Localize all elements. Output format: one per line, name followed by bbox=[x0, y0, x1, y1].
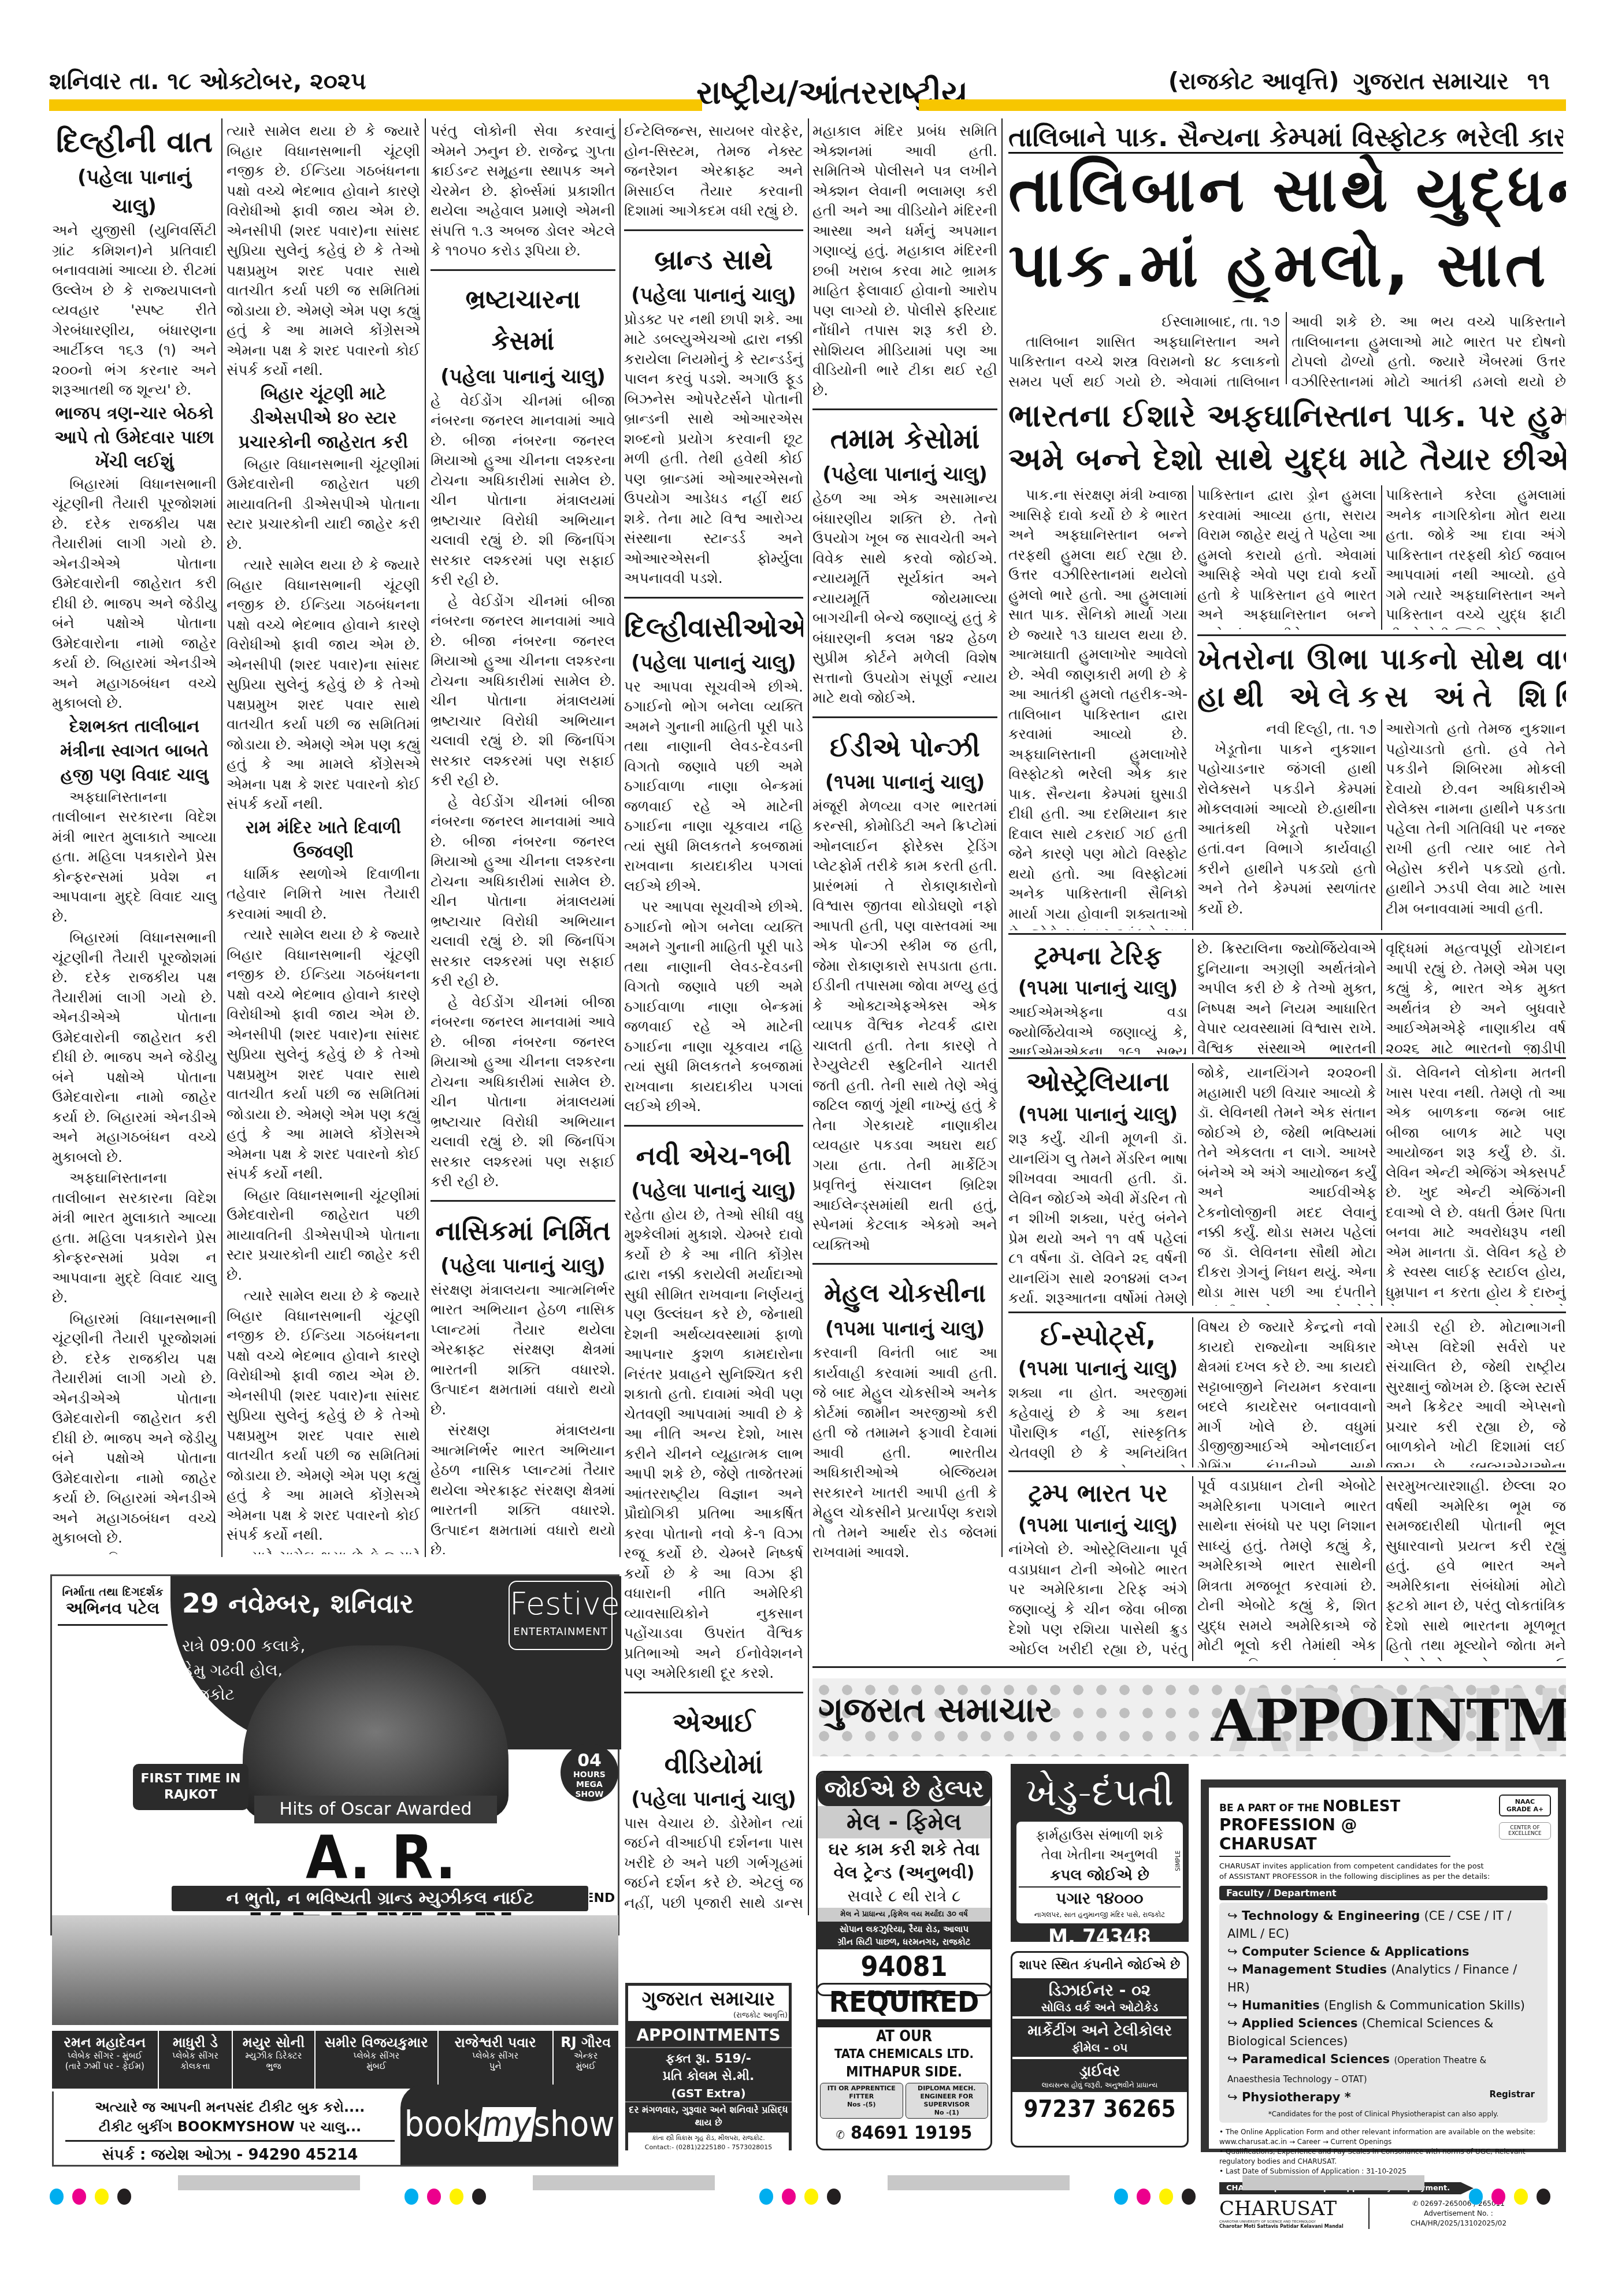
singer-role: પ્લેબેક સીંગર bbox=[316, 2050, 437, 2061]
article-body: પાક.ના સંરક્ષણ મંત્રી ખ્વાજા આસિફે દાવો … bbox=[1008, 485, 1187, 930]
print-mark-yellow bbox=[95, 2189, 109, 2205]
article-subhead: ભાજપ ત્રણ-ચાર બેઠકો આપે તો ઉમેદવાર પાછા … bbox=[52, 402, 217, 474]
article-body: પાકિસ્તાને કરેલા હુમલામાં અનેક નાગરિકોના… bbox=[1386, 485, 1566, 630]
festive-logo-text: Festive bbox=[510, 1582, 611, 1626]
singer-note: (તારે ઝમીં પર - ફેઈમ) bbox=[52, 2061, 158, 2071]
rate-ad-edition: (રાજકોટ આવૃત્તિ) bbox=[629, 2011, 788, 2020]
charusat-logo-sub2: Charotar Moti Sattavis Patidar Kelavani … bbox=[1219, 2224, 1364, 2229]
charusat-logo-sub: CHAROTAR UNIVERSITY OF SCIENCE AND TECHN… bbox=[1219, 2220, 1364, 2224]
article-separator bbox=[1197, 634, 1566, 636]
booking-line: અત્યારે જ આપની મનપસંદ ટીકીટ બુક કરો.... bbox=[65, 2097, 395, 2117]
concert-ad: નિર્માતા તથા દિગદર્શક અભિનવ પટેલ 29 નવેમ… bbox=[50, 1574, 619, 1935]
role-cell: DIPLOMA MECH. ENGINEER FOR SUPERVISORNo … bbox=[906, 2083, 989, 2119]
masthead-date: શનિવાર તા. ૧૮ ઓક્ટોબર, ૨૦૨૫ bbox=[49, 68, 366, 95]
ad-tag: SIMPLE bbox=[1175, 1851, 1182, 1871]
singer-card: સમીર વિજયકુમારપ્લેબેક સીંગરમુંબઈ bbox=[316, 2031, 439, 2089]
lead-body-col3: પાકિસ્તાને કરેલા હુમલામાં અનેક નાગરિકોના… bbox=[1386, 485, 1566, 630]
phone-icon: ✆ bbox=[1412, 2200, 1418, 2208]
print-mark-magenta bbox=[1491, 2189, 1505, 2205]
column-divider bbox=[1286, 312, 1287, 384]
singer-note: કોલકત્તા bbox=[159, 2061, 232, 2071]
article-body: બિહાર વિધાનસભાની ચૂંટણીમાં ઉમેદવારોની જા… bbox=[227, 1186, 420, 1286]
article-title: ઓસ્ટ્રેલિયાના bbox=[1008, 1063, 1187, 1100]
article-body: જોકે, યાનયિંગને ૨૦૨૦ની મહામારી પછી વિચાર… bbox=[1197, 1063, 1376, 1306]
article-body: ત્યારે સામેલ થયા છે કે જ્યારે બિહાર વિધા… bbox=[227, 1286, 420, 1545]
column-divider bbox=[1192, 485, 1193, 930]
article-subhead: બિહાર ચૂંટણી માટે ડીએસપીએ ૪૦ સ્ટાર પ્રચા… bbox=[227, 382, 420, 455]
article-continued-label: (પહેલા પાનાનું ચાલુ) bbox=[431, 362, 615, 391]
article-body: વિષય છે જ્યારે કેન્દ્રનો નવો કાયદો રાજ્ય… bbox=[1197, 1317, 1376, 1467]
article-title: ટ્રમ્પ ભારત પર bbox=[1008, 1476, 1187, 1511]
print-mark-magenta bbox=[427, 2189, 441, 2205]
article-subhead: રામ મંદિર ખાતે દિવાળી ઉજવણી bbox=[227, 816, 420, 864]
article-body: ધાર્મિક સ્થળોએ દિવાળીના તહેવાર નિમિત્તે … bbox=[227, 864, 420, 924]
arrow-icon: ↪ bbox=[1227, 1998, 1238, 2012]
ad-address: નાગલપર, સાત હનુમાનજી મંદિર પાસે, રાજકોટ bbox=[1019, 1909, 1181, 1920]
role-count: No -(1) bbox=[907, 2109, 987, 2117]
singer-name: માધુરી ડે bbox=[159, 2034, 232, 2050]
article-brand-column: ઈન્ટેલિજન્સ, સાયબર વોરફેર, હોન-સિસ્ટમ, ત… bbox=[624, 121, 803, 1909]
article-body: ડૉ. લેવિનને લોકોના મતની ખાસ પરવા નથી. તે… bbox=[1386, 1063, 1566, 1306]
ad-phone[interactable]: 97237 36265 bbox=[1012, 2092, 1187, 2127]
role-cell: ITI OR APPRENTICE FITTERNos -(5) bbox=[820, 2083, 903, 2119]
trump-india-column1: ટ્રમ્પ ભારત પર (૧૫મા પાનાનું ચાલુ) નાંખે… bbox=[1008, 1476, 1187, 1661]
print-mark-cyan bbox=[50, 2189, 64, 2205]
column-divider bbox=[1192, 1317, 1193, 1467]
ad-line: ફાર્મહાઉસ સંભાળી શકે bbox=[1019, 1825, 1181, 1845]
helper-job-ad: જોઈએ છે હેલ્પર મેલ - ફિમેલ ઘર કામ કરી શક… bbox=[816, 1771, 992, 1996]
australia-column2: જોકે, યાનયિંગને ૨૦૨૦ની મહામારી પછી વિચાર… bbox=[1197, 1063, 1376, 1306]
singer-name: RJ ગૌરવ bbox=[554, 2034, 618, 2050]
booking-divider bbox=[65, 2140, 395, 2142]
article-body: અફઘાનિસ્તાનના તાલીબાન સરકારના વિદેશ મંત્… bbox=[52, 1168, 217, 1308]
print-mark-cyan bbox=[1469, 2189, 1483, 2205]
print-mark-cyan bbox=[1114, 2189, 1128, 2205]
article-body: પર આપવા સૂચવીએ છીએ. ઠગાઈનો ભોગ બનેલા વ્ય… bbox=[624, 677, 803, 897]
article-body: પૂર્વ વડાપ્રધાન ટોની એબોટે અમેરિકાના પગલ… bbox=[1197, 1476, 1376, 1661]
edition-label: (રાજકોટ આવૃત્તિ) bbox=[1168, 68, 1339, 95]
concert-tagline: Hits of Oscar Awarded Musician bbox=[254, 1796, 497, 1823]
department-name: Physiotherapy * bbox=[1242, 2090, 1351, 2104]
producer-name: અભિનવ પટેલ bbox=[58, 1599, 168, 1618]
article-body: કરવાની વિનંતી બાદ આ કાર્યવાહી કરવામાં આવ… bbox=[812, 1343, 997, 1560]
print-mark-black bbox=[472, 2189, 486, 2205]
article-body: પાકિસ્તાન દ્વારા ડ્રોન હુમલા કરવામાં આવ્… bbox=[1197, 485, 1376, 630]
rate-ad-price: ફક્ત રૂા. 519/- bbox=[625, 2050, 792, 2068]
ad-phone[interactable]: ✆ 84691 19195 bbox=[818, 2121, 990, 2146]
article-body: રમાડી રહી છે. મોટાભાગની એપ્સ વિદેશી સર્વ… bbox=[1386, 1317, 1566, 1467]
article-body: પર આપવા સૂચવીએ છીએ. ઠગાઈનો ભોગ બનેલા વ્ય… bbox=[624, 897, 803, 1117]
article-title: ઈડીએ પોન્ઝી bbox=[812, 726, 997, 768]
lead-body-col2: પાકિસ્તાન દ્વારા ડ્રોન હુમલા કરવામાં આવ્… bbox=[1197, 485, 1376, 630]
booking-contact[interactable]: સંપર્ક : જયેશ ઓઝા - 94290 45214 bbox=[65, 2145, 395, 2165]
article-delhi-column2: ત્યારે સામેલ થયા છે કે જ્યારે બિહાર વિધા… bbox=[227, 121, 420, 1554]
article-continued-label: (પહેલા પાનાનું ચાલુ) bbox=[812, 460, 997, 489]
rate-ad-tax: (GST Extra) bbox=[625, 2085, 792, 2102]
role-count: Nos -(5) bbox=[822, 2101, 901, 2109]
article-body: હે વેઈડોંગ ચીનમાં બીજા નંબરના જનરલ માનવા… bbox=[431, 592, 615, 791]
singer-note: ભુજ bbox=[233, 2061, 314, 2071]
department-detail: (English & Communication Skills) bbox=[1324, 1998, 1525, 2012]
header-accent-bar bbox=[49, 99, 702, 111]
article-body: સંરક્ષણ મંત્રાલયના આત્મનિર્ભર ભારત અભિયા… bbox=[431, 1280, 615, 1420]
booking-panel: અત્યારે જ આપની મનપસંદ ટીકીટ બુક કરો.... … bbox=[52, 2091, 618, 2167]
column-divider bbox=[1192, 1063, 1193, 1306]
singer-role: પ્લેબેક સીંગર bbox=[159, 2050, 232, 2061]
appointments-rate-ad: ગુજરાત સમાચાર (રાજકોટ આવૃત્તિ) APPOINTME… bbox=[625, 1983, 792, 2150]
article-body: હે વેઈડોંગ ચીનમાં બીજા નંબરના જનરલ માનવા… bbox=[431, 792, 615, 991]
job-block: માર્કેટીંગ અને ટેલીકોલરફીમેલ - ૦૫ bbox=[1012, 2019, 1187, 2059]
elephant-headline-line2: હાથી એલેક્સ અંતે શિબિર ભેગો ! bbox=[1197, 676, 1566, 718]
article-title: નવી એચ-૧બી bbox=[624, 1135, 803, 1176]
booking-text: અત્યારે જ આપની મનપસંદ ટીકીટ બુક કરો.... … bbox=[65, 2097, 395, 2165]
ad-salary: પગાર ૧૪૦૦૦ bbox=[1019, 1888, 1181, 1909]
print-gray-strip bbox=[533, 2175, 715, 2190]
lead-intro-right: આવી શકે છે. આ ભય વચ્ચે પાકિસ્તાને તાલિબા… bbox=[1292, 312, 1566, 387]
job-detail: લાયસન્સ હોવું જરૂરી, અનુભવીને પ્રાધાન્ય bbox=[1012, 2081, 1187, 2090]
article-continued-label: (પહેલા પાનાનું ચાલુ) bbox=[624, 281, 803, 310]
note-text: Last Date of Submission of Application :… bbox=[1226, 2167, 1407, 2175]
ad-number: CHA/HR/2025/13102025/02 bbox=[1370, 2219, 1548, 2228]
article-body: છે. ક્રિસ્ટાલિના જ્યોર્જિયેવાએ દુનિયાના … bbox=[1197, 939, 1376, 1054]
note-item: • Qualifications, Experience and Pay Sca… bbox=[1219, 2147, 1548, 2167]
job-detail: ફીમેલ - ૦૫ bbox=[1012, 2041, 1187, 2054]
article-dateline: નવી દિલ્હી, તા. ૧૭ bbox=[1197, 719, 1376, 740]
article-separator bbox=[1008, 1312, 1566, 1313]
note-item: • The Online Application Form and other … bbox=[1219, 2127, 1548, 2147]
article-continued-label: (પહેલા પાનાનું ચાલુ) bbox=[624, 648, 803, 677]
article-continued-label: (૧૫મા પાનાનું ચાલુ) bbox=[812, 768, 997, 797]
ad-line: વેલ ટ્રેન્ડ (અનુભવી) bbox=[818, 1862, 990, 1885]
department-item: ↪ Humanities (English & Communication Sk… bbox=[1227, 1997, 1539, 2015]
article-separator bbox=[812, 408, 997, 410]
arrow-icon: ↪ bbox=[1227, 2090, 1238, 2104]
print-mark-yellow bbox=[804, 2189, 818, 2205]
singer-card: RJ ગૌરવએન્કરમુંબઈ bbox=[554, 2031, 618, 2089]
article-title: ભ્રષ્ટાચારના કેસમાં bbox=[431, 279, 615, 362]
singer-note: મુંબઈ bbox=[554, 2061, 618, 2071]
ad-line: તેવા ખેતીના અનુભવી bbox=[1019, 1845, 1181, 1864]
article-body: ત્યારે સામેલ થયા છે કે જ્યારે બિહાર વિધા… bbox=[227, 555, 420, 815]
article-continued-label: (પહેલા પાનાનું ચાલુ) bbox=[624, 1176, 803, 1205]
note-text: Qualifications, Experience and Pay Scale… bbox=[1219, 2148, 1526, 2165]
badge-label: HOURS bbox=[561, 1770, 618, 1780]
column-divider bbox=[221, 118, 222, 1557]
note-text[interactable]: The Online Application Form and other re… bbox=[1219, 2128, 1535, 2146]
rate-ad-masthead: ગુજરાત સમાચાર (રાજકોટ આવૃત્તિ) bbox=[628, 1986, 789, 2021]
print-gray-strip bbox=[178, 2175, 360, 2190]
article-separator bbox=[1008, 933, 1566, 935]
article-separator bbox=[624, 229, 803, 231]
column-divider bbox=[1381, 939, 1382, 1054]
tariff-column3: વૃદ્ધિમાં મહત્વપૂર્ણ યોગદાન આપી રહ્યું છ… bbox=[1386, 939, 1566, 1054]
department-item: ↪ Technology & Engineering (CE / CSE / I… bbox=[1227, 1907, 1539, 1943]
festive-logo: Festive ENTERTAINMENT bbox=[509, 1581, 613, 1650]
job-title: ડ્રાઈવર bbox=[1012, 2061, 1187, 2081]
lead-intro-left: ઈસ્લામાબાદ, તા. ૧૭ તાલિબાન શાસિત અફઘાનિસ… bbox=[1008, 312, 1280, 387]
article-body: બિહારમાં વિધાનસભાની ચૂંટણીની તૈયારી પૂરજ… bbox=[52, 474, 217, 714]
article-subhead: દેશભક્ત તાલીબાન મંત્રીના સ્વાગત બાબતે હજ… bbox=[52, 715, 217, 787]
singer-note: મુંબઈ bbox=[316, 2061, 437, 2071]
elephant-headline-line1: ખેતરોના ઊભા પાકનો સોથ વાળનાર જંગલી bbox=[1197, 638, 1566, 680]
article-title: ટ્રમ્પના ટેરિફ bbox=[1008, 939, 1187, 974]
mega-show-badge: 04 HOURS MEGA SHOW bbox=[561, 1744, 618, 1801]
ad-line: TATA CHEMICALS LTD. bbox=[818, 2046, 990, 2063]
singer-note: પુને bbox=[439, 2061, 552, 2071]
article-separator bbox=[1008, 1470, 1566, 1472]
article-body: બિહારમાં વિધાનસભાની ચૂંટણીની તૈયારી પૂરજ… bbox=[52, 1309, 217, 1548]
article-title: એઆઈ વીડિયોમાં bbox=[624, 1701, 803, 1785]
article-body: શક્યા ના હોત. અરજીમાં કહેવાયું છે કે આ ક… bbox=[1008, 1383, 1187, 1467]
article-body: ઈન્ટેલિજન્સ, સાયબર વોરફેર, હોન-સિસ્ટમ, ત… bbox=[624, 121, 803, 221]
article-continued-label: (પહેલા પાનાનું ચાલુ) bbox=[624, 1785, 803, 1814]
festive-logo-sub: ENTERTAINMENT bbox=[510, 1626, 611, 1638]
print-mark-yellow bbox=[1514, 2189, 1528, 2205]
lead-second-headline-line2: અમે બન્ને દેશો સાથે યુદ્ધ માટે તૈયાર છીએ… bbox=[1008, 436, 1566, 482]
job-title: માર્કેટીંગ અને ટેલીકોલર bbox=[1012, 2021, 1187, 2041]
department-name: Management Studies bbox=[1242, 1963, 1387, 1977]
charusat-signatory: Registrar bbox=[1489, 2089, 1535, 2100]
ad-line: ઘર કામ કરી શકે તેવા bbox=[818, 1838, 990, 1862]
role-table: ITI OR APPRENTICE FITTERNos -(5) DIPLOMA… bbox=[818, 2080, 990, 2121]
department-name: Humanities bbox=[1242, 1998, 1320, 2012]
naac-badge: NAAC GRADE A+ bbox=[1499, 1795, 1551, 1816]
tariff-column2: છે. ક્રિસ્ટાલિના જ્યોર્જિયેવાએ દુનિયાના … bbox=[1197, 939, 1376, 1054]
logo-part: my bbox=[478, 2107, 536, 2142]
singer-name: સમીર વિજયકુમાર bbox=[316, 2034, 437, 2050]
kicker-small: BE A PART OF THE bbox=[1219, 1803, 1319, 1814]
department-name: Paramedical Sciences bbox=[1242, 2052, 1390, 2066]
article-separator bbox=[812, 1666, 1566, 1668]
producer-label: નિર્માતા તથા દિગદર્શક bbox=[58, 1585, 168, 1599]
print-mark-yellow bbox=[1159, 2189, 1173, 2205]
singers-row: રમન મહાદેવનપ્લેબેક સીંગર - મુંબઈ(તારે ઝમ… bbox=[52, 2031, 618, 2089]
article-separator bbox=[624, 1125, 803, 1127]
elephant-body-right: આરોગતો હતો તેમજ નુકશાન પહોચાડતો હતો. હવે… bbox=[1386, 719, 1566, 930]
column-divider bbox=[808, 118, 809, 1915]
rate-ad-schedule: દર મંગળવાર, ગુરૂવાર અને શનિવારે પ્રસિદ્ધ… bbox=[625, 2102, 792, 2130]
article-body: અને યુજીસી (યુનિવર્સિટી ગ્રાંટ કમિશન)ને … bbox=[52, 221, 217, 400]
department-item: ↪ Computer Science & Applications bbox=[1227, 1943, 1539, 1961]
singer-role: મ્યુઝીક ડિરેક્ટર bbox=[233, 2050, 314, 2061]
concert-date: 29 નવેમ્બર, શનિવાર bbox=[182, 1588, 414, 1620]
job-title: ડિઝાઈનર - ૦૨ bbox=[1012, 1981, 1187, 2000]
article-body: સંરક્ષણ મંત્રાલયના આત્મનિર્ભર ભારત અભિયા… bbox=[431, 1421, 615, 1554]
print-mark-black bbox=[827, 2189, 841, 2205]
article-body: મંજૂરી મેળવ્યા વગર ભારતમાં કરન્સી, કોમોડ… bbox=[812, 797, 997, 1255]
australia-column1: ઓસ્ટ્રેલિયાના (૧૫મા પાનાનું ચાલુ) શરૂ કર… bbox=[1008, 1063, 1187, 1306]
article-delhi-column1: દિલ્હીની વાત (પહેલા પાનાનું ચાલુ) અને યુ… bbox=[52, 121, 217, 1554]
ad-timing: સવારે ૮ થી રાત્રે ૮ bbox=[818, 1885, 990, 1908]
article-title: મેહુલ ચોકસીના bbox=[812, 1273, 997, 1314]
article-separator bbox=[812, 1263, 997, 1265]
badge-label: MEGA bbox=[561, 1780, 618, 1790]
column-divider bbox=[1192, 939, 1193, 1054]
rate-ad-address: કાંતા સ્ત્રી વિકાસ ગૃહ રોડ, મીલપરા, રાજક… bbox=[629, 2134, 788, 2143]
article-title: ઈ-સ્પોર્ટ્સ, bbox=[1008, 1317, 1187, 1354]
print-mark-cyan bbox=[759, 2189, 773, 2205]
article-body: ત્યારે સામેલ થયા છે કે જ્યારે બિહાર વિધા… bbox=[227, 121, 420, 381]
article-body: ત્યારે સામેલ થયા છે કે જ્યારે બિહાર વિધા… bbox=[227, 1547, 420, 1555]
article-separator bbox=[431, 269, 615, 271]
charusat-job-ad: BE A PART OF THE NOBLEST PROFESSION @ CH… bbox=[1201, 1779, 1566, 2152]
bookmyshow-logo[interactable]: bookmyshow bbox=[400, 2085, 618, 2165]
article-body: બિહાર વિધાનસભાની ચૂંટણીમાં ઉમેદવારોની જા… bbox=[227, 455, 420, 555]
masthead-edition: (રાજકોટ આવૃત્તિ) ગુજરાત સમાચાર ૧૧ bbox=[1168, 68, 1550, 95]
article-body: આરોગતો હતો તેમજ નુકશાન પહોચાડતો હતો. હવે… bbox=[1386, 719, 1566, 919]
singer-card: રમન મહાદેવનપ્લેબેક સીંગર - મુંબઈ(તારે ઝમ… bbox=[52, 2031, 159, 2089]
elephant-body-left: નવી દિલ્હી, તા. ૧૭ ખેડૂતોના પાકને નુકશાન… bbox=[1197, 719, 1376, 930]
logo-part: show bbox=[534, 2104, 615, 2145]
article-body: હે વેઈડોંગ ચીનમાં બીજા નંબરના જનરલ માનવા… bbox=[431, 993, 615, 1192]
phone-icon: ✆ bbox=[836, 2128, 845, 2142]
print-mark-cyan bbox=[404, 2189, 418, 2205]
department-item: ↪ Applied Sciences (Chemical Sciences & … bbox=[1227, 2015, 1539, 2050]
tata-chemicals-job-ad: REQUIRED AT OUR TATA CHEMICALS LTD. MITH… bbox=[816, 1983, 992, 2150]
charusat-logo: CHARUSAT bbox=[1219, 2198, 1364, 2220]
rate-ad-paper: ગુજરાત સમાચાર bbox=[629, 1987, 788, 2011]
role-name: ITI OR APPRENTICE FITTER bbox=[822, 2085, 901, 2101]
article-separator bbox=[624, 597, 803, 599]
print-mark-yellow bbox=[450, 2189, 463, 2205]
badge-hours-number: 04 bbox=[561, 1752, 618, 1770]
article-body: પરંતુ લોકોની સેવા કરવાનું એમને ઝનુન છે. … bbox=[431, 121, 615, 261]
appointments-title: APPOINTMENTS bbox=[1211, 1689, 1566, 1752]
lead-second-headline-line1: ભારતના ઈશારે અફઘાનિસ્તાન પાક. પર હુમલા ક… bbox=[1008, 393, 1566, 439]
ad-line: AT OUR bbox=[818, 2027, 990, 2046]
charusat-ad-body: BE A PART OF THE NOBLEST PROFESSION @ CH… bbox=[1209, 1788, 1558, 2149]
article-body: અફઘાનિસ્તાનના તાલીબાન સરકારના વિદેશ મંત્… bbox=[52, 1550, 217, 1555]
article-body: આઈએમએફના વડા જ્યોર્જિયેવાએ જણાવ્યું કે, … bbox=[1008, 1002, 1187, 1054]
producer-block: નિર્માતા તથા દિગદર્શક અભિનવ પટેલ bbox=[58, 1585, 168, 1626]
article-continued-label: (૧૫મા પાનાનું ચાલુ) bbox=[812, 1314, 997, 1343]
booking-line: ટીકીટ બુકીંગ BOOKMYSHOW પર ચાલુ... bbox=[65, 2117, 395, 2137]
article-body: હે વેઈડોંગ ચીનમાં બીજા નંબરના જનરલ માનવા… bbox=[431, 391, 615, 590]
article-body: વૃદ્ધિમાં મહત્વપૂર્ણ યોગદાન આપી રહ્યું છ… bbox=[1386, 939, 1566, 1054]
charusat-headline: PROFESSION @ CHARUSAT bbox=[1219, 1815, 1450, 1857]
singer-name: મયુર સોની bbox=[233, 2034, 314, 2050]
singer-name: રાજેશ્વરી પવાર bbox=[439, 2034, 552, 2050]
esports-column2: વિષય છે જ્યારે કેન્દ્રનો નવો કાયદો રાજ્ય… bbox=[1197, 1317, 1376, 1467]
trump-india-column3: સરમુખત્યારશાહી. છેલ્લા ૨૦ વર્ષથી અમેરિકા… bbox=[1386, 1476, 1566, 1661]
article-corruption-column: પરંતુ લોકોની સેવા કરવાનું એમને ઝનુન છે. … bbox=[431, 121, 615, 1554]
article-body: હેઠળ આ એક અસામાન્ય બંધારણીય શક્તિ છે. તે… bbox=[812, 489, 997, 708]
lead-dateline: ઈસ્લામાબાદ, તા. ૧૭ bbox=[1008, 312, 1280, 332]
article-body: સરમુખત્યારશાહી. છેલ્લા ૨૦ વર્ષથી અમેરિકા… bbox=[1386, 1476, 1566, 1661]
ad-line: MITHAPUR SIDE. bbox=[818, 2063, 990, 2080]
lead-headline-line1: તાલિબાન સાથે યુદ્ધની સ્થિતિ વચ્ચે bbox=[1008, 153, 1566, 227]
article-continued-label: (૧૫મા પાનાનું ચાલુ) bbox=[1008, 1100, 1187, 1129]
phone-number: 84691 19195 bbox=[851, 2122, 972, 2143]
article-continued-label: (પહેલા પાનાનું ચાલુ) bbox=[52, 163, 217, 221]
print-mark-black bbox=[1182, 2189, 1196, 2205]
singer-card: મયુર સોનીમ્યુઝીક ડિરેક્ટરભુજ bbox=[233, 2031, 316, 2089]
rate-ad-contact: કાંતા સ્ત્રી વિકાસ ગૃહ રોડ, મીલપરા, રાજક… bbox=[628, 2132, 789, 2150]
column-divider bbox=[619, 118, 621, 1557]
appointments-paper-logo: ગુજરાત સમાચાર bbox=[818, 1690, 1053, 1730]
lead-kicker: તાલિબાને પાક. સૈન્યના કેમ્પમાં વિસ્ફોટક … bbox=[1008, 121, 1563, 154]
article-body: બિહારમાં વિધાનસભાની ચૂંટણીની તૈયારી પૂરજ… bbox=[52, 928, 217, 1167]
job-detail: સોલિડ વર્ક અને ઓટોકેડ bbox=[1012, 2000, 1187, 2014]
article-body: અફઘાનિસ્તાનના તાલીબાન સરકારના વિદેશ મંત્… bbox=[52, 787, 217, 927]
column-divider bbox=[1001, 118, 1003, 1557]
tariff-column1: ટ્રમ્પના ટેરિફ (૧૫મા પાનાનું ચાલુ) આઈએમએ… bbox=[1008, 939, 1187, 1054]
concert-time: રાત્રે 09:00 કલાકે, bbox=[182, 1634, 306, 1658]
ad-title: શાપર સ્થિત કંપનીને જોઈએ છે bbox=[1012, 1953, 1187, 1978]
rate-ad-phone[interactable]: Contact:- (0281)2225180 - 7573028015 bbox=[629, 2143, 788, 2150]
article-body: શરૂ કર્યું. ચીની મૂળની ડૉ. યાનયિંગ લુ તે… bbox=[1008, 1129, 1187, 1306]
concert-banner: ન ભુતો, ન ભવિષ્યતી ગ્રાન્ડ મ્યુઝીકલ નાઈટ bbox=[170, 1885, 589, 1912]
article-title: નાસિકમાં નિર્મિત bbox=[431, 1210, 615, 1251]
shapar-company-job-ad: શાપર સ્થિત કંપનીને જોઈએ છે ડિઝાઈનર - ૦૨સ… bbox=[1011, 1951, 1189, 2148]
column-divider bbox=[1381, 485, 1382, 630]
coe-badge: CENTER OF EXCELLENCE bbox=[1499, 1822, 1551, 1840]
job-block: ડિઝાઈનર - ૦૨સોલિડ વર્ક અને ઓટોકેડ bbox=[1012, 1978, 1187, 2019]
article-title: તમામ કેસોમાં bbox=[812, 418, 997, 460]
article-body: પાસ વેચાય છે. ડોરેમોન ત્યાં જઈને વીઆઈપી … bbox=[624, 1814, 803, 1910]
column-divider bbox=[1381, 1476, 1382, 1661]
lead-body-col1: પાક.ના સંરક્ષણ મંત્રી ખ્વાજા આસિફે દાવો … bbox=[1008, 485, 1187, 930]
esports-column3: રમાડી રહી છે. મોટાભાગની એપ્સ વિદેશી સર્વ… bbox=[1386, 1317, 1566, 1467]
arrow-icon: ↪ bbox=[1227, 1963, 1238, 1977]
article-body: પ્રોડક્ટ પર નથી છાપી શકે. આ માટે ડબલ્યુએ… bbox=[624, 310, 803, 589]
australia-column3: ડૉ. લેવિનને લોકોના મતની ખાસ પરવા નથી. તે… bbox=[1386, 1063, 1566, 1306]
article-body: ત્યારે સામેલ થયા છે કે જ્યારે બિહાર વિધા… bbox=[227, 925, 420, 1184]
department-name: Applied Sciences bbox=[1242, 2016, 1357, 2030]
esports-column1: ઈ-સ્પોર્ટ્સ, (૧૫મા પાનાનું ચાલુ) શક્યા ન… bbox=[1008, 1317, 1187, 1467]
ad-address-line: ગ્રીન સિટી પાછળ, ધરમનગર, રાજકોટ bbox=[819, 1935, 989, 1948]
article-body: નાંખેલો છે. ઓસ્ટ્રેલિયાના પૂર્વ વડાપ્રધા… bbox=[1008, 1540, 1187, 1661]
trump-india-column2: પૂર્વ વડાપ્રધાન ટોની એબોટે અમેરિકાના પગલ… bbox=[1197, 1476, 1376, 1661]
print-mark-magenta bbox=[782, 2189, 796, 2205]
article-title: બ્રાન્ડ સાથે bbox=[624, 239, 803, 281]
ad-title: REQUIRED bbox=[818, 1985, 990, 2027]
article-continued-label: (૧૫મા પાનાનું ચાલુ) bbox=[1008, 974, 1187, 1002]
singer-role: પ્લેબેક સીંગર - મુંબઈ bbox=[52, 2050, 158, 2061]
article-body: આવી શકે છે. આ ભય વચ્ચે પાકિસ્તાને તાલિબા… bbox=[1292, 312, 1566, 387]
singer-name: રમન મહાદેવન bbox=[52, 2034, 158, 2050]
kicker-big: NOBLEST bbox=[1323, 1798, 1400, 1815]
page-number: ૧૧ bbox=[1527, 68, 1550, 95]
rate-ad-unit: પ્રતિ કોલમ સે.મી. bbox=[625, 2068, 792, 2085]
print-mark-magenta bbox=[1137, 2189, 1151, 2205]
appointments-banner: ગુજરાત સમાચાર APPOINTMENTS APPOINTMENTS bbox=[812, 1678, 1566, 1756]
rate-ad-title: APPOINTMENTS bbox=[625, 2024, 792, 2048]
article-title: દિલ્હીવાસીઓએ bbox=[624, 607, 803, 648]
farm-couple-job-ad: ખેડુ-દંપતી ફાર્મહાઉસ સંભાળી શકે તેવા ખેત… bbox=[1011, 1764, 1189, 1942]
article-continued-label: (૧૫મા પાનાનું ચાલુ) bbox=[1008, 1511, 1187, 1540]
department-name: Technology & Engineering bbox=[1242, 1909, 1420, 1923]
ad-title: જોઈએ છે હેલ્પર bbox=[818, 1773, 990, 1806]
singer-card: માધુરી ડેપ્લેબેક સીંગરકોલકત્તા bbox=[159, 2031, 233, 2089]
first-time-badge: FIRST TIME IN RAJKOT bbox=[133, 1764, 248, 1810]
charusat-logo-block: CHARUSAT CHAROTAR UNIVERSITY OF SCIENCE … bbox=[1219, 2198, 1370, 2229]
column-divider bbox=[1381, 719, 1382, 930]
arrow-icon: ↪ bbox=[1227, 2052, 1238, 2066]
lead-headline-line2: પાક.માં હુમલો, સાત સૈનિકનાં મોત bbox=[1008, 228, 1566, 302]
column-divider bbox=[1381, 1317, 1382, 1467]
job-block: ડ્રાઈવરલાયસન્સ હોવું જરૂરી, અનુભવીને પ્ર… bbox=[1012, 2059, 1187, 2092]
print-gray-strip bbox=[1242, 2175, 1424, 2190]
article-continued-label: (૧૫મા પાનાનું ચાલુ) bbox=[1008, 1354, 1187, 1383]
singer-card: રાજેશ્વરી પવારપ્લેબેક સીંગરપુને bbox=[439, 2031, 554, 2089]
article-separator bbox=[431, 1200, 615, 1202]
ad-title: ખેડુ-દંપતી bbox=[1011, 1764, 1189, 1822]
paper-logo: ગુજરાત સમાચાર bbox=[1353, 68, 1508, 95]
singer-role: પ્લેબેક સીંગર bbox=[439, 2050, 552, 2061]
print-mark-magenta bbox=[72, 2189, 86, 2205]
producer-underline bbox=[58, 1624, 168, 1626]
